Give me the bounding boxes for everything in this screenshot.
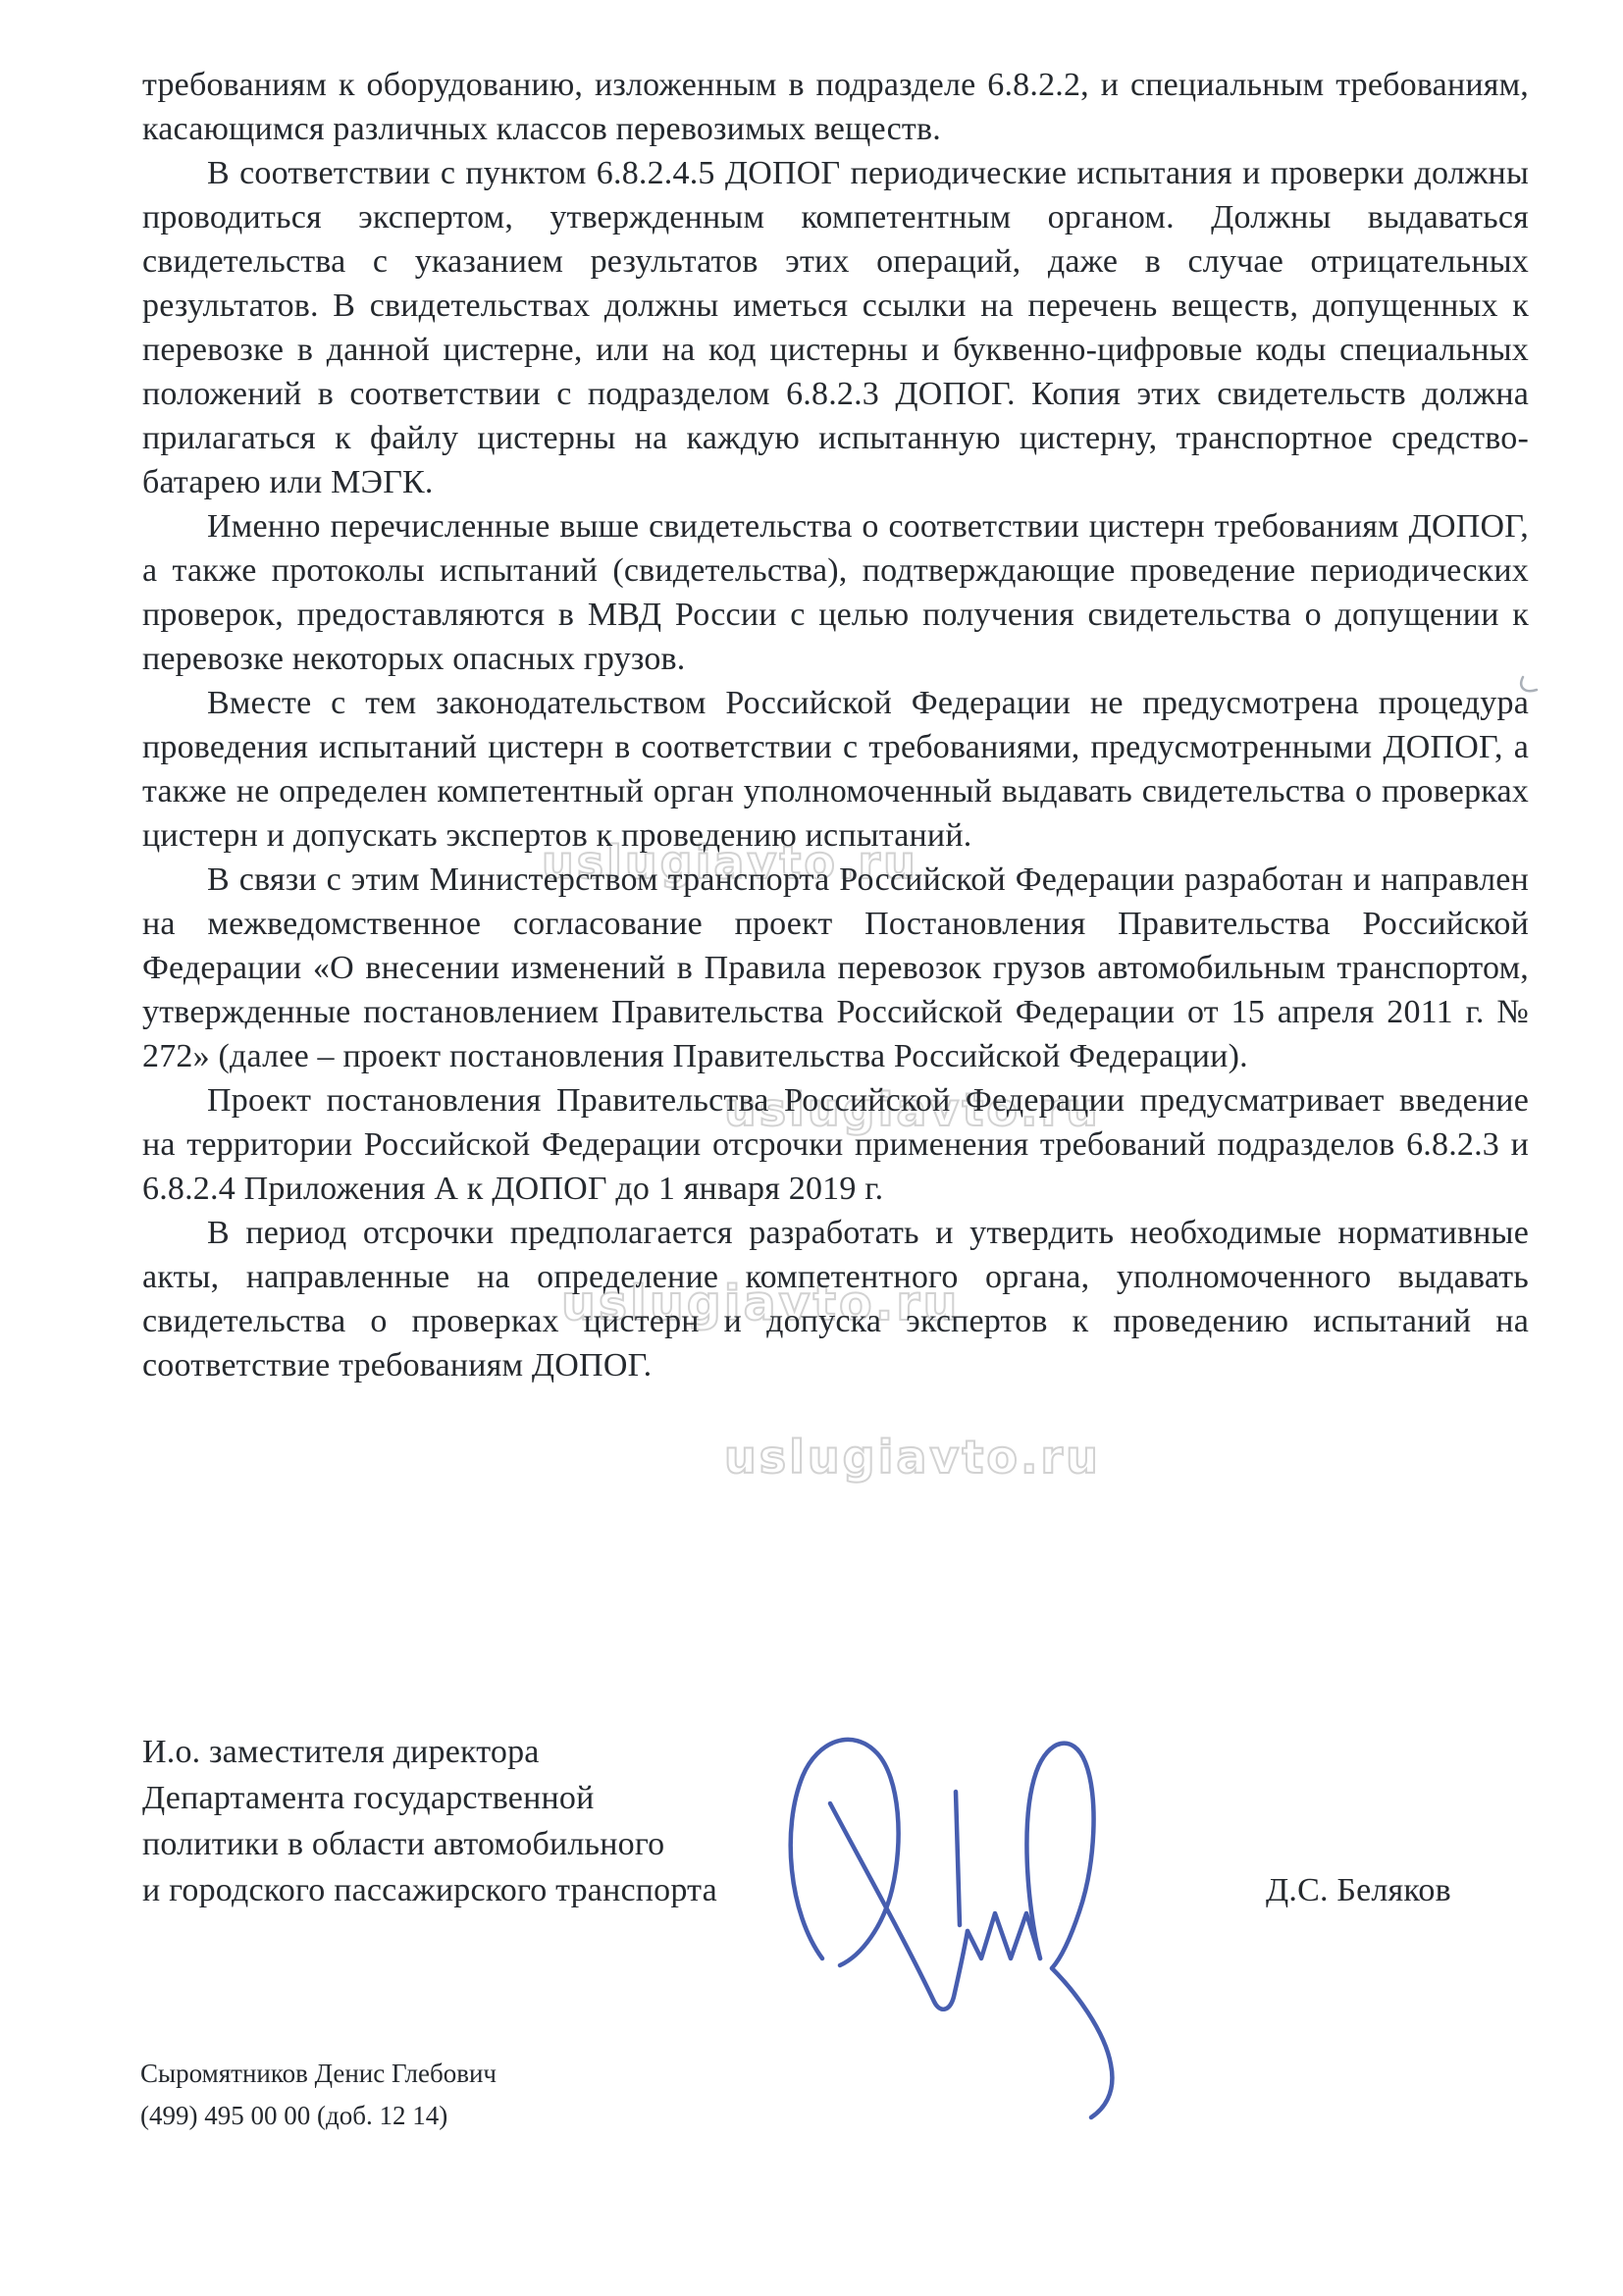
executor-name: Сыромятников Денис Глебович — [140, 2053, 497, 2095]
signoff-line: и городского пассажирского транспорта — [142, 1867, 717, 1913]
letter-body: требованиям к оборудованию, изложенным в… — [142, 63, 1529, 1387]
signer-name: Д.С. Беляков — [1266, 1872, 1451, 1909]
scanned-letter-page: uslugiavto.ru uslugiavto.ru uslugiavto.r… — [0, 0, 1623, 2296]
paragraph: Именно перечисленные выше свидетельства … — [142, 504, 1529, 681]
signoff-line: И.о. заместителя директора — [142, 1729, 717, 1775]
paragraph: В период отсрочки предполагается разрабо… — [142, 1211, 1529, 1387]
paragraph: Проект постановления Правительства Росси… — [142, 1078, 1529, 1211]
signoff-line: Департамента государственной — [142, 1775, 717, 1821]
paragraph: В соответствии с пунктом 6.8.2.4.5 ДОПОГ… — [142, 151, 1529, 504]
executor-phone: (499) 495 00 00 (доб. 12 14) — [140, 2095, 497, 2137]
watermark: uslugiavto.ru — [724, 1431, 1101, 1484]
executor-contact-block: Сыромятников Денис Глебович (499) 495 00… — [140, 2053, 497, 2137]
paragraph: В связи с этим Министерством транспорта … — [142, 858, 1529, 1078]
signoff-title-block: И.о. заместителя директора Департамента … — [142, 1729, 717, 1913]
paragraph: Вместе с тем законодательством Российско… — [142, 681, 1529, 858]
paragraph: требованиям к оборудованию, изложенным в… — [142, 63, 1529, 151]
signoff-line: политики в области автомобильного — [142, 1821, 717, 1867]
